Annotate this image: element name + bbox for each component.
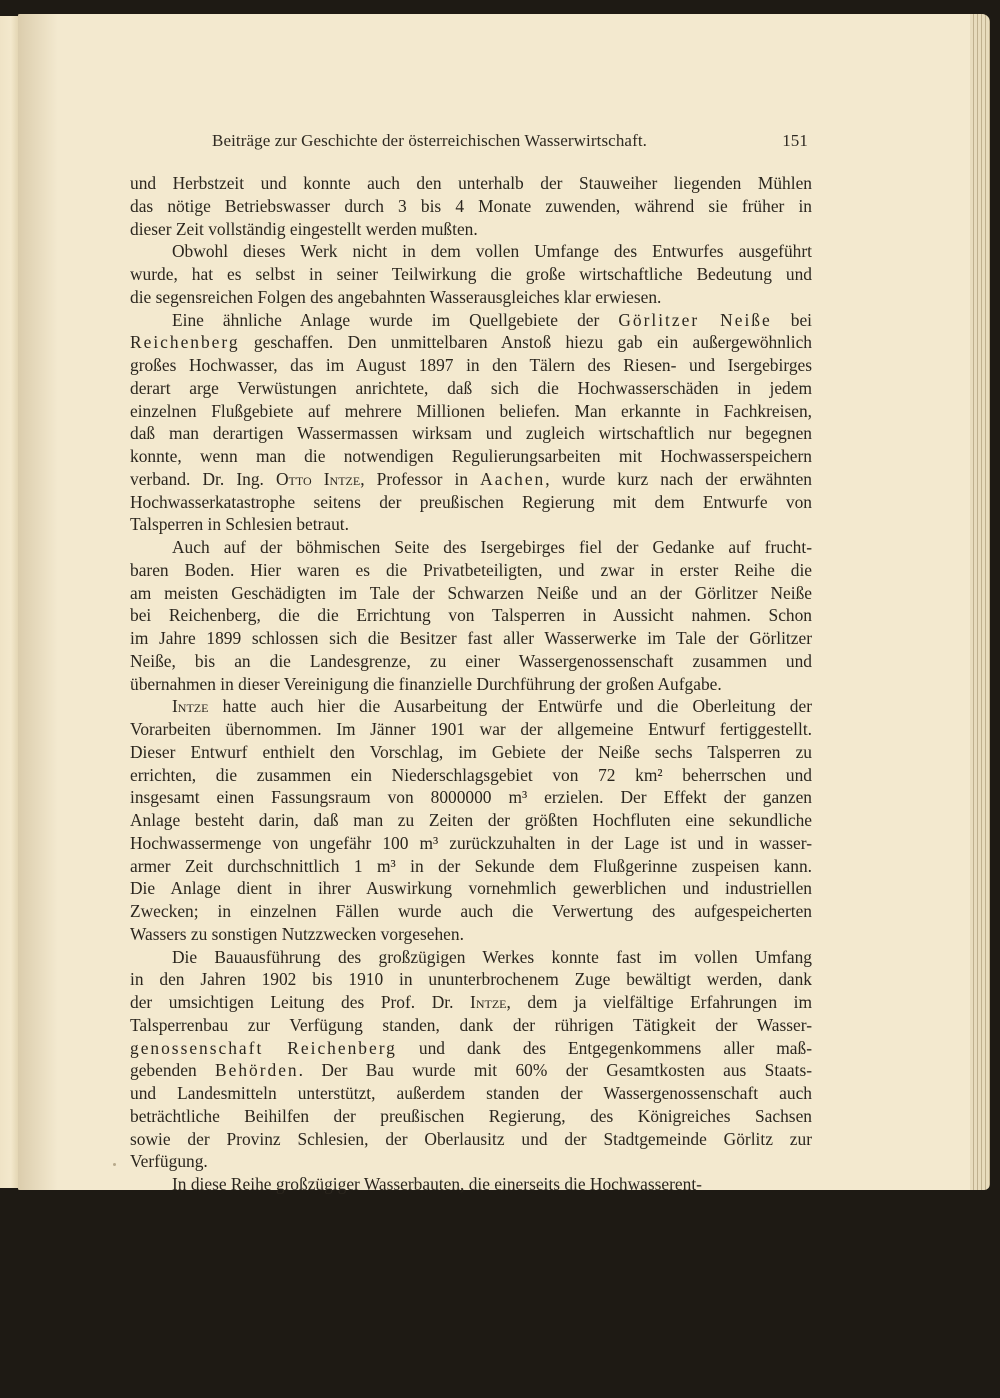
paragraph: Obwohl dieses Werk nicht in dem vollen U… [130, 240, 812, 308]
text-line: Verfügung. [130, 1150, 812, 1173]
text-line: und Herbstzeit und konnte auch den unter… [130, 172, 812, 195]
text-line: übernahmen in dieser Vereinigung die fin… [130, 673, 812, 696]
small-caps-name: Intze [470, 992, 506, 1012]
text-line: großes Hochwasser, das im August 1897 in… [130, 354, 812, 377]
text-line: wurde, hat es selbst in seiner Teilwirku… [130, 263, 812, 286]
paper-speck [113, 1163, 116, 1166]
text-line: konnte, wenn man die notwendigen Regulie… [130, 445, 812, 468]
text-line: bei Reichenberg, die die Errichtung von … [130, 604, 812, 627]
text-line: Intze hatte auch hier die Ausarbeitung d… [130, 695, 812, 718]
text-line: Dieser Entwurf enthielt den Vorschlag, i… [130, 741, 812, 764]
text-line: Talsperrenbau zur Verfügung standen, dan… [130, 1014, 812, 1037]
text-line: in den Jahren 1902 bis 1910 in ununterbr… [130, 968, 812, 991]
page-stack-edges [970, 14, 990, 1190]
text-line: baren Boden. Hier waren es die Privatbet… [130, 559, 812, 582]
text-line: Reichenberg geschaffen. Den unmittelbare… [130, 331, 812, 354]
running-title: Beiträge zur Geschichte der österreichis… [212, 131, 647, 151]
spaced-name: Aachen [480, 469, 545, 489]
text-line: Die Bauausführung des großzügigen Werkes… [130, 946, 812, 969]
text-line: Wassers zu sonstigen Nutzzwecken vorgese… [130, 923, 812, 946]
text-line: Die Anlage dient in ihrer Auswirkung vor… [130, 877, 812, 900]
text-line: der umsichtigen Leitung des Prof. Dr. In… [130, 991, 812, 1014]
text-line: daß man derartigen Wassermassen wirksam … [130, 422, 812, 445]
paragraph: Auch auf der böhmischen Seite des Iserge… [130, 536, 812, 695]
text-line: das nötige Betriebswasser durch 3 bis 4 … [130, 195, 812, 218]
text-line: einzelnen Flußgebiete auf mehrere Millio… [130, 400, 812, 423]
text-line: im Jahre 1899 schlossen sich die Besitze… [130, 627, 812, 650]
text-line: die segensreichen Folgen des angebahnten… [130, 286, 812, 309]
page-number: 151 [782, 131, 808, 151]
text-line: Hochwasserkatastrophe seitens der preußi… [130, 491, 812, 514]
book-scan: Beiträge zur Geschichte der österreichis… [0, 0, 1000, 1398]
small-caps-name: Otto Intze [276, 469, 360, 489]
text-line: Eine ähnliche Anlage wurde im Quellgebie… [130, 309, 812, 332]
spaced-name: genossenschaft Reichenberg [130, 1038, 397, 1058]
paragraph: Intze hatte auch hier die Ausarbeitung d… [130, 695, 812, 945]
binding-shadow [18, 14, 58, 1190]
text-line: Vorarbeiten übernommen. Im Jänner 1901 w… [130, 718, 812, 741]
spaced-name: Görlitzer Neiße [618, 310, 771, 330]
text-line: Talsperren in Schlesien betraut. [130, 513, 812, 536]
text-line: Hochwassermenge von ungefähr 100 m³ zurü… [130, 832, 812, 855]
paragraph: In diese Reihe großzügiger Wasserbauten,… [130, 1173, 812, 1196]
text-line: Auch auf der böhmischen Seite des Iserge… [130, 536, 812, 559]
running-header: Beiträge zur Geschichte der österreichis… [212, 131, 808, 153]
text-line: armer Zeit durchschnittlich 1 m³ in der … [130, 855, 812, 878]
text-line: genossenschaft Reichenberg und dank des … [130, 1037, 812, 1060]
text-line: sowie der Provinz Schlesien, der Oberlau… [130, 1128, 812, 1151]
text-line: dieser Zeit vollständig eingestellt werd… [130, 218, 812, 241]
text-line: errichten, die zusammen ein Niederschlag… [130, 764, 812, 787]
text-line: In diese Reihe großzügiger Wasserbauten,… [130, 1173, 812, 1196]
paragraph: Eine ähnliche Anlage wurde im Quellgebie… [130, 309, 812, 537]
body-text: und Herbstzeit und konnte auch den unter… [130, 172, 812, 1196]
facing-page-edge [0, 16, 19, 1188]
text-line: Zwecken; in einzelnen Fällen wurde auch … [130, 900, 812, 923]
paragraph: Die Bauausführung des großzügigen Werkes… [130, 946, 812, 1174]
spaced-name: Reichenberg [130, 332, 240, 352]
text-line: Obwohl dieses Werk nicht in dem vollen U… [130, 240, 812, 263]
paragraph: und Herbstzeit und konnte auch den unter… [130, 172, 812, 240]
text-line: beträchtliche Beihilfen der preußischen … [130, 1105, 812, 1128]
text-line: Neiße, bis an die Landesgrenze, zu einer… [130, 650, 812, 673]
small-caps-name: Intze [172, 696, 208, 716]
text-line: insgesamt einen Fassungsraum von 8000000… [130, 786, 812, 809]
text-line: und Landesmitteln unterstützt, außerdem … [130, 1082, 812, 1105]
text-line: verband. Dr. Ing. Otto Intze, Professor … [130, 468, 812, 491]
spaced-name: Behörden [215, 1060, 299, 1080]
text-line: am meisten Geschädigten im Tale der Schw… [130, 582, 812, 605]
text-line: gebenden Behörden. Der Bau wurde mit 60%… [130, 1059, 812, 1082]
text-line: derart arge Verwüstungen anrichtete, daß… [130, 377, 812, 400]
text-line: Anlage besteht darin, daß man zu Zeiten … [130, 809, 812, 832]
